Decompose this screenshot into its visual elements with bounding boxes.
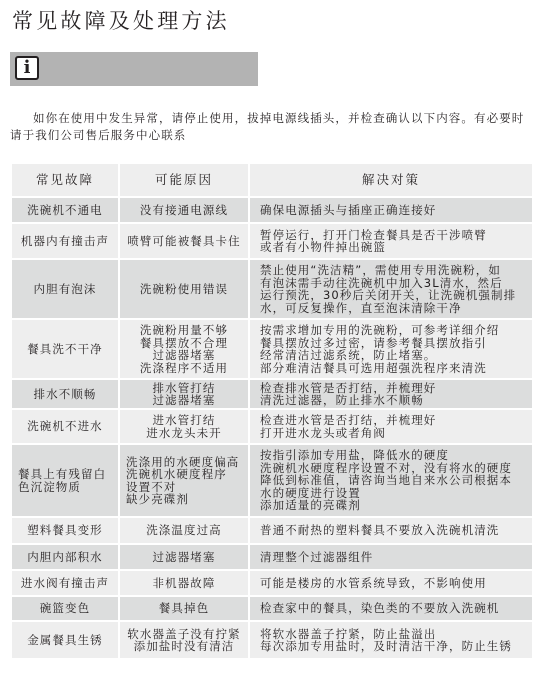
solution-cell: 检查家中的餐具，染色类的不要放入洗碗机	[250, 597, 532, 620]
table-row: 进水阀有撞击声 非机器故障 可能是楼房的水管系统导致，不影响使用	[12, 571, 532, 595]
fault-cell: 内胆有泡沫	[12, 260, 118, 318]
fault-cell: 排水不顺畅	[12, 380, 118, 408]
fault-cell: 碗篮变色	[12, 597, 118, 620]
table-row: 排水不顺畅 排水管打结 过滤器堵塞 检查排水管是否打结，并梳理好 清洗过滤器，防…	[12, 380, 532, 408]
fault-cell: 进水阀有撞击声	[12, 571, 118, 595]
table-row: 洗碗机不进水 进水管打结 进水龙头未开 检查进水管是否打结，并梳理好 打开进水龙…	[12, 410, 532, 443]
cause-cell: 非机器故障	[120, 571, 248, 595]
fault-cell: 餐具洗不干净	[12, 320, 118, 378]
table-row: 内胆有泡沫 洗碗粉使用错误 禁止使用“洗洁精”，需使用专用洗碗粉，如 有泡沫需手…	[12, 260, 532, 318]
cause-cell: 洗碗粉使用错误	[120, 260, 248, 318]
table-row: 餐具洗不干净 洗碗粉用量不够 餐具摆放不合理 过滤器堵塞 洗涤程序不适用 按需求…	[12, 320, 532, 378]
solution-cell: 禁止使用“洗洁精”，需使用专用洗碗粉，如 有泡沫需手动往洗碗机中加入3L清水，然…	[250, 260, 532, 318]
solution-cell: 确保电源插头与插座正确连接好	[250, 198, 532, 222]
info-banner: i	[10, 52, 258, 86]
table-row: 洗碗机不通电 没有接通电源线 确保电源插头与插座正确连接好	[12, 198, 532, 222]
solution-cell: 按需求增加专用的洗碗粉，可参考详细介绍 餐具摆放过多过密，请参考餐具摆放指引 经…	[250, 320, 532, 378]
cause-cell: 进水管打结 进水龙头未开	[120, 410, 248, 443]
solution-cell: 检查进水管是否打结，并梳理好 打开进水龙头或者角阀	[250, 410, 532, 443]
fault-cell: 餐具上有残留白 色沉淀物质	[12, 445, 118, 516]
cause-cell: 餐具掉色	[120, 597, 248, 620]
solution-cell: 可能是楼房的水管系统导致，不影响使用	[250, 571, 532, 595]
cause-cell: 过滤器堵塞	[120, 545, 248, 569]
solution-cell: 检查排水管是否打结，并梳理好 清洗过滤器，防止排水不顺畅	[250, 380, 532, 408]
table-row: 餐具上有残留白 色沉淀物质 洗涤用的水硬度偏高 洗碗机水硬度程序 设置不对 缺少…	[12, 445, 532, 516]
cause-cell: 没有接通电源线	[120, 198, 248, 222]
table-row: 碗篮变色 餐具掉色 检查家中的餐具，染色类的不要放入洗碗机	[12, 597, 532, 620]
table-row: 塑料餐具变形 洗涤温度过高 普通不耐热的塑料餐具不要放入洗碗机清洗	[12, 518, 532, 543]
page-title: 常见故障及处理方法	[12, 7, 230, 35]
table-row: 机器内有撞击声 喷臂可能被餐具卡住 暂停运行，打开门检查餐具是否干涉喷臂 或者有…	[12, 224, 532, 258]
solution-cell: 暂停运行，打开门检查餐具是否干涉喷臂 或者有小物件掉出碗篮	[250, 224, 532, 258]
cause-cell: 洗涤温度过高	[120, 518, 248, 543]
cause-cell: 洗涤用的水硬度偏高 洗碗机水硬度程序 设置不对 缺少亮碟剂	[120, 445, 248, 516]
table-header-row: 常见故障 可能原因 解决对策	[12, 164, 532, 196]
cause-cell: 喷臂可能被餐具卡住	[120, 224, 248, 258]
cause-cell: 软水器盖子没有拧紧 添加盐时没有清洁	[120, 622, 248, 658]
fault-cell: 塑料餐具变形	[12, 518, 118, 543]
table-row: 金属餐具生锈 软水器盖子没有拧紧 添加盐时没有清洁 将软水器盖子拧紧，防止盐溢出…	[12, 622, 532, 658]
fault-cell: 洗碗机不通电	[12, 198, 118, 222]
cause-cell: 洗碗粉用量不够 餐具摆放不合理 过滤器堵塞 洗涤程序不适用	[120, 320, 248, 378]
fault-cell: 洗碗机不进水	[12, 410, 118, 443]
fault-cell: 机器内有撞击声	[12, 224, 118, 258]
intro-paragraph: 如你在使用中发生异常，请停止使用，拔掉电源线插头，并检查确认以下内容。有必要时请…	[10, 110, 536, 144]
cause-cell: 排水管打结 过滤器堵塞	[120, 380, 248, 408]
solution-cell: 普通不耐热的塑料餐具不要放入洗碗机清洗	[250, 518, 532, 543]
info-icon: i	[15, 56, 39, 80]
header-solution: 解决对策	[250, 164, 532, 196]
fault-cell: 金属餐具生锈	[12, 622, 118, 658]
fault-cell: 内胆内部积水	[12, 545, 118, 569]
header-fault: 常见故障	[12, 164, 118, 196]
header-cause: 可能原因	[120, 164, 248, 196]
solution-cell: 清理整个过滤器组件	[250, 545, 532, 569]
table-row: 内胆内部积水 过滤器堵塞 清理整个过滤器组件	[12, 545, 532, 569]
solution-cell: 将软水器盖子拧紧，防止盐溢出 每次添加专用盐时，及时清洁干净，防止生锈	[250, 622, 532, 658]
solution-cell: 按指引添加专用盐，降低水的硬度 洗碗机水硬度程序设置不对，没有将水的硬度 降低到…	[250, 445, 532, 516]
troubleshooting-table: 常见故障 可能原因 解决对策 洗碗机不通电 没有接通电源线 确保电源插头与插座正…	[12, 164, 532, 660]
